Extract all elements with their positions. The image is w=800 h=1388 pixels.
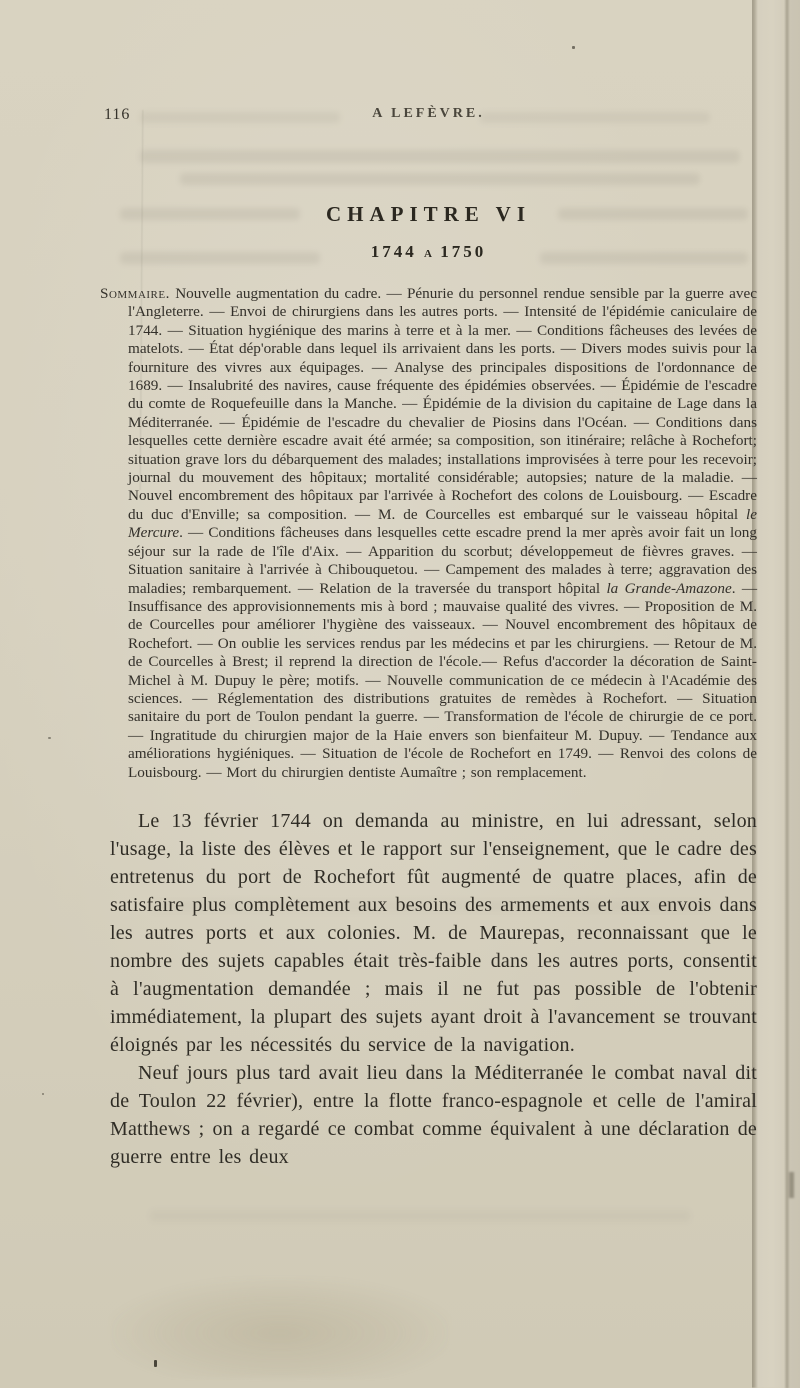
chapter-title: CHAPITRE VI	[100, 202, 757, 227]
chapter-year-separator: A	[424, 248, 433, 260]
page-number: 116	[104, 106, 130, 124]
body-paragraph-1: Le 13 février 1744 on demanda au ministr…	[110, 807, 757, 1059]
book-page-scan: 116 A LEFÈVRE. CHAPITRE VI 1744 A 1750 S…	[0, 0, 800, 1388]
summary-text-3: . — Insuffisance des approvisionnements …	[128, 580, 757, 781]
summary-label: Sommaire.	[100, 285, 170, 302]
running-header: A LEFÈVRE.	[100, 106, 757, 122]
ink-speck	[42, 1093, 44, 1095]
chapter-year-from: 1744	[371, 242, 417, 261]
ship-name-grande-amazone: la Grande-Amazone	[606, 580, 731, 597]
summary-paragraph: Sommaire. Nouvelle augmentation du cadre…	[100, 285, 757, 782]
paper-stain	[110, 1278, 450, 1378]
summary-text-1: Nouvelle augmentation du cadre. — Pénuri…	[128, 285, 757, 523]
chapter-date-range: 1744 A 1750	[100, 242, 757, 262]
page-edge-mark	[789, 1172, 794, 1198]
chapter-year-to: 1750	[440, 242, 486, 261]
text-column: 116 A LEFÈVRE. CHAPITRE VI 1744 A 1750 S…	[100, 0, 757, 1171]
ink-speck	[48, 737, 51, 739]
body-paragraph-2: Neuf jours plus tard avait lieu dans la …	[110, 1059, 757, 1171]
bleed-line	[150, 1210, 690, 1222]
page-header: 116 A LEFÈVRE.	[100, 106, 757, 126]
ink-speck	[154, 1360, 157, 1367]
